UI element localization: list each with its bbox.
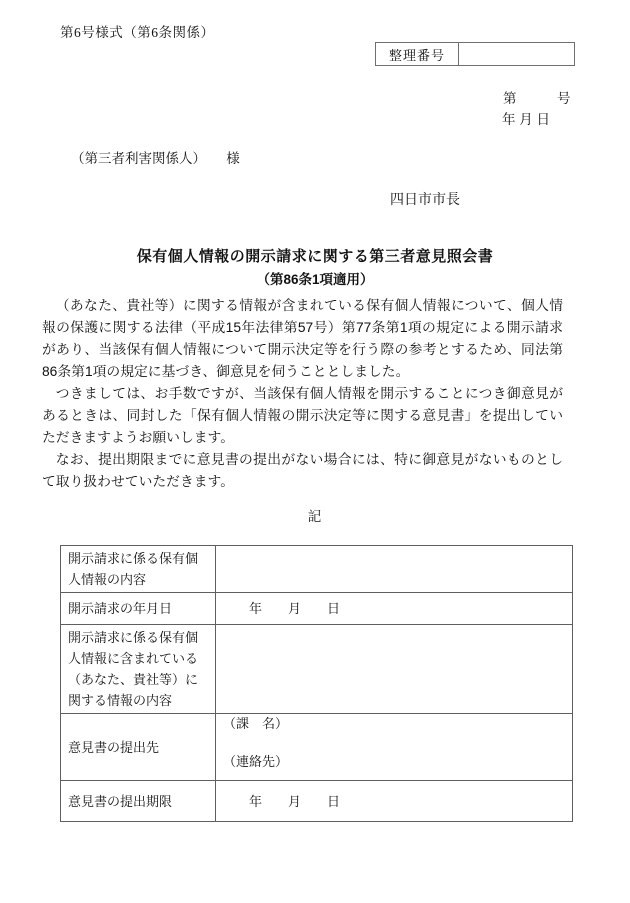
table-row: 意見書の提出期限 年 月 日 xyxy=(61,781,573,822)
row-label: 開示請求の年月日 xyxy=(61,593,216,625)
document-subtitle: （第86条1項適用） xyxy=(0,268,630,288)
submission-office-name-line: （課 名） xyxy=(223,716,566,732)
sender-name: 四日市市長 xyxy=(390,189,460,209)
row-label: 意見書の提出先 xyxy=(61,714,216,781)
form-number: 第6号様式（第6条関係） xyxy=(60,21,215,41)
table-row: 開示請求の年月日 年 月 日 xyxy=(61,593,573,625)
row-value xyxy=(216,546,573,593)
document-page: 第6号様式（第6条関係） 整理番号 第 号 年 月 日 （第三者利害関係人） 様… xyxy=(0,0,630,903)
submission-contact-line: （連絡先） xyxy=(223,754,566,770)
row-label: 意見書の提出期限 xyxy=(61,781,216,822)
row-value: 年 月 日 xyxy=(216,593,573,625)
ki-marker: 記 xyxy=(0,505,630,525)
row-label: 開示請求に係る保有個人情報に含まれている（あなた、貴社等）に関する情報の内容 xyxy=(61,625,216,714)
reference-number-box: 整理番号 xyxy=(375,42,575,66)
document-title: 保有個人情報の開示請求に関する第三者意見照会書 xyxy=(0,245,630,266)
row-label: 開示請求に係る保有個人情報の内容 xyxy=(61,546,216,593)
row-value: （課 名） （連絡先） xyxy=(216,714,573,781)
addressee-line: （第三者利害関係人） 様 xyxy=(71,147,240,167)
reference-number-row: 整理番号 xyxy=(376,43,575,66)
body-paragraph: なお、提出期限までに意見書の提出がない場合には、特に御意見がないものとして取り扱… xyxy=(42,449,563,493)
body-paragraph: （あなた、貴社等）に関する情報が含まれている保有個人情報について、個人情報の保護… xyxy=(42,295,563,383)
body-text: （あなた、貴社等）に関する情報が含まれている保有個人情報について、個人情報の保護… xyxy=(42,295,563,493)
table-row: 意見書の提出先 （課 名） （連絡先） xyxy=(61,714,573,781)
document-date-line: 年 月 日 xyxy=(502,108,550,128)
table-row: 開示請求に係る保有個人情報に含まれている（あなた、貴社等）に関する情報の内容 xyxy=(61,625,573,714)
reference-number-value xyxy=(459,43,575,66)
row-value: 年 月 日 xyxy=(216,781,573,822)
reference-number-label: 整理番号 xyxy=(376,43,459,66)
table-row: 開示請求に係る保有個人情報の内容 xyxy=(61,546,573,593)
row-value xyxy=(216,625,573,714)
body-paragraph: つきましては、お手数ですが、当該保有個人情報を開示することにつき御意見があるとき… xyxy=(42,383,563,449)
details-table: 開示請求に係る保有個人情報の内容 開示請求の年月日 年 月 日 開示請求に係る保… xyxy=(60,545,573,822)
document-number-line: 第 号 xyxy=(503,87,571,107)
